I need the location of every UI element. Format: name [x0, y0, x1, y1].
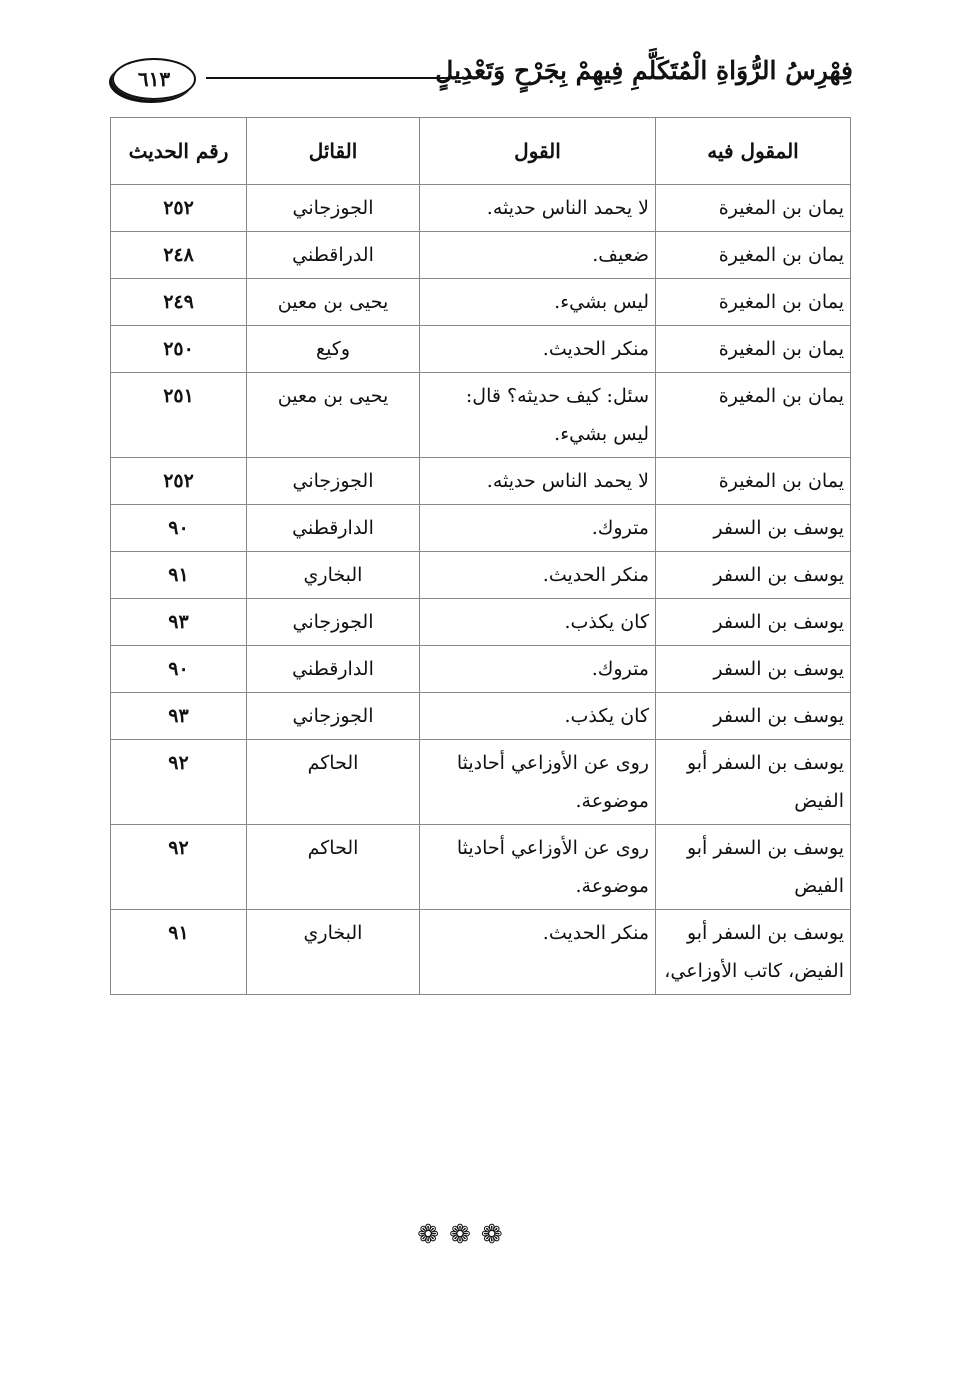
- table-row: يمان بن المغيرةمنكر الحديث.وكيع٢٥٠: [111, 326, 851, 373]
- cell-subject: يوسف بن السفر أبو الفيض: [656, 825, 851, 910]
- table-row: يوسف بن السفركان يكذب.الجوزجاني٩٣: [111, 599, 851, 646]
- cell-saying: روى عن الأوزاعي أحاديثا موضوعة.: [420, 825, 656, 910]
- header-divider: [206, 77, 474, 79]
- table-row: يوسف بن السفرمتروك.الدارقطني٩٠: [111, 505, 851, 552]
- table-row: يمان بن المغيرةلا يحمد الناس حديثه.الجوز…: [111, 458, 851, 505]
- cell-subject: يوسف بن السفر أبو الفيض، كاتب الأوزاعي،: [656, 910, 851, 995]
- table-row: يوسف بن السفركان يكذب.الجوزجاني٩٣: [111, 693, 851, 740]
- cell-hadith-number: ٢٥٢: [111, 185, 247, 232]
- cell-sayer: البخاري: [247, 910, 420, 995]
- cell-subject: يمان بن المغيرة: [656, 279, 851, 326]
- page-title: فِهْرِسُ الرُّوَاةِ الْمُتَكَلَّمِ فِيهِ…: [435, 56, 853, 85]
- column-header-subject: المقول فيه: [656, 118, 851, 185]
- table-row: يوسف بن السفر أبو الفيضروى عن الأوزاعي أ…: [111, 740, 851, 825]
- table-row: يمان بن المغيرةليس بشيء.يحيى بن معين٢٤٩: [111, 279, 851, 326]
- table-row: يمان بن المغيرةلا يحمد الناس حديثه.الجوز…: [111, 185, 851, 232]
- cell-subject: يمان بن المغيرة: [656, 458, 851, 505]
- cell-subject: يمان بن المغيرة: [656, 232, 851, 279]
- cell-subject: يمان بن المغيرة: [656, 373, 851, 458]
- cell-sayer: يحيى بن معين: [247, 279, 420, 326]
- cell-hadith-number: ٩١: [111, 552, 247, 599]
- cell-sayer: الدارقطني: [247, 646, 420, 693]
- cell-subject: يوسف بن السفر: [656, 599, 851, 646]
- table-row: يوسف بن السفر أبو الفيضروى عن الأوزاعي أ…: [111, 825, 851, 910]
- cell-sayer: الجوزجاني: [247, 599, 420, 646]
- cell-saying: ضعيف.: [420, 232, 656, 279]
- ornament-icon: ❁: [449, 1220, 471, 1250]
- cell-sayer: الحاكم: [247, 825, 420, 910]
- footer-ornaments: ❁ ❁ ❁: [400, 1220, 520, 1250]
- cell-saying: روى عن الأوزاعي أحاديثا موضوعة.: [420, 740, 656, 825]
- table-row: يمان بن المغيرةضعيف.الدراقطني٢٤٨: [111, 232, 851, 279]
- cell-hadith-number: ٢٤٨: [111, 232, 247, 279]
- table-row: يوسف بن السفرمنكر الحديث.البخاري٩١: [111, 552, 851, 599]
- table-header-row: المقول فيه القول القائل رقم الحديث: [111, 118, 851, 185]
- cell-sayer: يحيى بن معين: [247, 373, 420, 458]
- ornament-icon: ❁: [417, 1220, 439, 1250]
- cell-hadith-number: ٢٥١: [111, 373, 247, 458]
- column-header-sayer: القائل: [247, 118, 420, 185]
- cell-sayer: وكيع: [247, 326, 420, 373]
- cell-saying: ليس بشيء.: [420, 279, 656, 326]
- cell-subject: يمان بن المغيرة: [656, 185, 851, 232]
- cell-sayer: الدارقطني: [247, 505, 420, 552]
- cell-saying: كان يكذب.: [420, 599, 656, 646]
- cell-subject: يوسف بن السفر: [656, 552, 851, 599]
- column-header-saying: القول: [420, 118, 656, 185]
- cell-saying: منكر الحديث.: [420, 552, 656, 599]
- column-header-hadith-number: رقم الحديث: [111, 118, 247, 185]
- cell-hadith-number: ٩٢: [111, 825, 247, 910]
- cell-sayer: الحاكم: [247, 740, 420, 825]
- cell-hadith-number: ٢٤٩: [111, 279, 247, 326]
- cell-sayer: الجوزجاني: [247, 693, 420, 740]
- cell-subject: يوسف بن السفر أبو الفيض: [656, 740, 851, 825]
- cell-sayer: الجوزجاني: [247, 185, 420, 232]
- cell-hadith-number: ٩٣: [111, 693, 247, 740]
- cell-sayer: الدراقطني: [247, 232, 420, 279]
- cell-saying: لا يحمد الناس حديثه.: [420, 458, 656, 505]
- cell-subject: يوسف بن السفر: [656, 646, 851, 693]
- cell-hadith-number: ٩١: [111, 910, 247, 995]
- cell-hadith-number: ٩٠: [111, 505, 247, 552]
- ornament-icon: ❁: [481, 1220, 503, 1250]
- cell-sayer: الجوزجاني: [247, 458, 420, 505]
- table-row: يوسف بن السفرمتروك.الدارقطني٩٠: [111, 646, 851, 693]
- cell-saying: متروك.: [420, 646, 656, 693]
- page-header: ٦١٣ فِهْرِسُ الرُّوَاةِ الْمُتَكَلَّمِ ف…: [108, 52, 853, 108]
- cell-saying: منكر الحديث.: [420, 910, 656, 995]
- cell-hadith-number: ٢٥٠: [111, 326, 247, 373]
- cell-saying: سئل: كيف حديثه؟ قال: ليس بشيء.: [420, 373, 656, 458]
- page-number: ٦١٣: [138, 67, 170, 91]
- table-row: يمان بن المغيرةسئل: كيف حديثه؟ قال: ليس …: [111, 373, 851, 458]
- cell-saying: لا يحمد الناس حديثه.: [420, 185, 656, 232]
- cell-hadith-number: ٢٥٢: [111, 458, 247, 505]
- cell-hadith-number: ٩٢: [111, 740, 247, 825]
- cell-saying: كان يكذب.: [420, 693, 656, 740]
- cell-sayer: البخاري: [247, 552, 420, 599]
- cell-saying: متروك.: [420, 505, 656, 552]
- cell-saying: منكر الحديث.: [420, 326, 656, 373]
- cell-hadith-number: ٩٣: [111, 599, 247, 646]
- table-row: يوسف بن السفر أبو الفيض، كاتب الأوزاعي،م…: [111, 910, 851, 995]
- cell-hadith-number: ٩٠: [111, 646, 247, 693]
- cell-subject: يوسف بن السفر: [656, 505, 851, 552]
- narrators-table: المقول فيه القول القائل رقم الحديث يمان …: [110, 117, 851, 995]
- cell-subject: يمان بن المغيرة: [656, 326, 851, 373]
- page-number-badge: ٦١٣: [112, 58, 196, 100]
- cell-subject: يوسف بن السفر: [656, 693, 851, 740]
